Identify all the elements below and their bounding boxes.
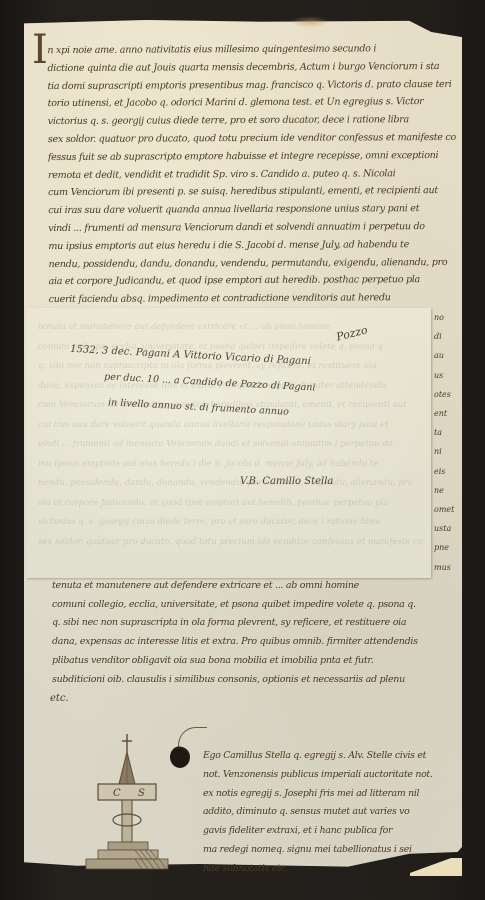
text-line: gavis fideliter extraxi, et i hanc publi… xyxy=(203,822,463,841)
text-line: Ego Camillus Stella q. egregij s. Alv. S… xyxy=(203,747,463,766)
text-line: fide subnotatis etc. xyxy=(203,860,463,879)
text-line: victorius q. s. georgij cuius diede terr… xyxy=(48,111,456,131)
text-line: comuni collegio, ecclia, universitate, e… xyxy=(52,596,460,615)
text-line: mu ipsius emptoris aut eius heredu i die… xyxy=(48,236,456,256)
notary-signum-icon: C S xyxy=(80,734,180,888)
text-line: vindi ... frumenti ad mensura Venciorum … xyxy=(48,218,456,238)
decorated-initial: I xyxy=(32,30,48,70)
text-line: sex soldor. quatuor pro ducato, quod tot… xyxy=(48,129,456,149)
text-line: aia et corpore Judicandu, et quod ipse e… xyxy=(49,271,457,291)
text-line: tia domi suprascripti emptoris presentib… xyxy=(47,76,455,96)
right-margin-fragments: no di au us otes ent ta ni eis ne omet u… xyxy=(434,308,460,577)
text-line: torio utinensi, et Jacobo q. odorici Mar… xyxy=(48,93,456,113)
text-line: nendu, possidendu, dandu, donandu, vende… xyxy=(48,253,456,273)
text-line: cui iras suu dare voluerit quanda annua … xyxy=(48,200,456,220)
stain-mark xyxy=(290,16,330,28)
text-tail-mark: etc. xyxy=(50,693,69,704)
text-line: q. sibi nec non suprascripta in ola form… xyxy=(52,614,460,633)
text-line: tenuta et manutenere aut defendere extri… xyxy=(52,577,460,596)
slip-attestation: V.B. Camillo Stella xyxy=(240,476,333,487)
text-line: n xpi noie ame. anno nativitatis eius mi… xyxy=(47,40,455,60)
text-line: dictione quinta die aut Jouis quarta men… xyxy=(47,58,455,78)
text-line: ma redegi nomeq. signu mei tabellionatus… xyxy=(203,841,463,860)
text-line: cum Venciorum ibi presenti p. se suisq. … xyxy=(48,182,456,202)
text-line: remota et dedit, vendidit et tradidit Sp… xyxy=(48,165,456,185)
text-line: addito, diminuto q. sensus mutet aut var… xyxy=(203,803,463,822)
text-line: fessus fuit se ab suprascripto emptore h… xyxy=(48,147,456,167)
main-text-block: n xpi noie ame. anno nativitatis eius mi… xyxy=(47,40,456,309)
lower-text-block: tenuta et manutenere aut defendere extri… xyxy=(52,577,460,689)
svg-text:C: C xyxy=(113,788,121,799)
text-line: cuerit faciendu absq. impedimento et con… xyxy=(49,289,457,309)
text-line: ex notis egregij s. Josephi fris mei ad … xyxy=(203,785,463,804)
text-line: dana, expensas ac interesse litis et ext… xyxy=(52,633,460,652)
svg-text:S: S xyxy=(138,788,145,799)
notary-subscription: Ego Camillus Stella q. egregij s. Alv. S… xyxy=(203,747,463,879)
text-line: plibatus venditor obligavit oia sua bona… xyxy=(52,652,460,671)
text-line: not. Venzonensis publicus imperiali auct… xyxy=(203,766,463,785)
text-line: subditicioni oib. clausulis i similibus … xyxy=(52,671,460,690)
